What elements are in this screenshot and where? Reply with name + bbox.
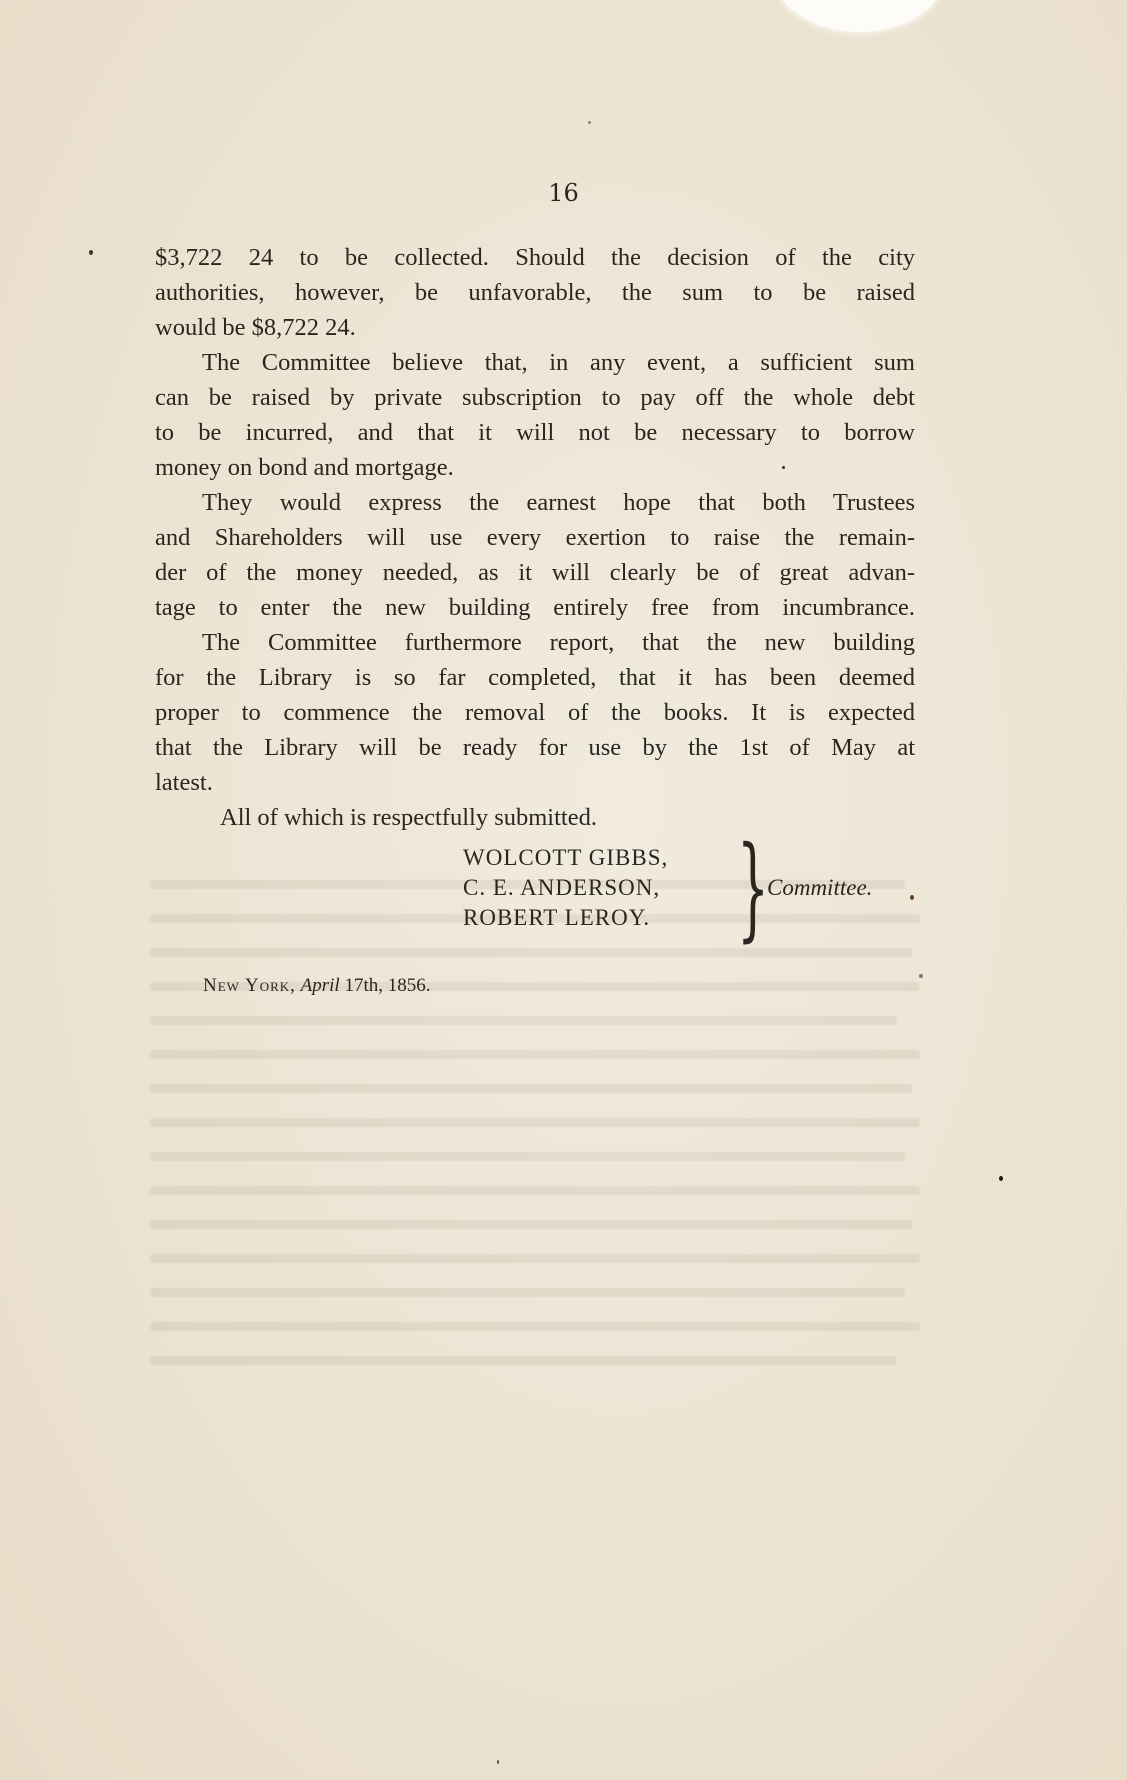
document-page: 16 $3,722 24 to be collected. Should the… — [0, 0, 1127, 1780]
paper-speck — [89, 250, 93, 255]
paper-speck — [588, 121, 591, 124]
body-text: $3,722 24 to be collected. Should the de… — [155, 240, 915, 835]
text-line: $3,722 24 to be collected. Should the de… — [155, 240, 915, 275]
paragraph: The Committee believe that, in any event… — [155, 345, 915, 485]
text-line: to be incurred, and that it will not be … — [155, 415, 915, 450]
paragraph: The Committee furthermore report, that t… — [155, 625, 915, 800]
signatory-name: WOLCOTT GIBBS, — [463, 843, 668, 873]
signatory-name: ROBERT LEROY. — [463, 903, 668, 933]
paper-speck — [910, 895, 914, 900]
text-line: latest. — [155, 765, 915, 800]
text-line: All of which is respectfully submitted. — [155, 800, 915, 835]
committee-label: Committee. — [767, 875, 872, 901]
text-line: that the Library will be ready for use b… — [155, 730, 915, 765]
text-line: proper to commence the removal of the bo… — [155, 695, 915, 730]
paper-speck — [497, 1760, 499, 1764]
text-line: der of the money needed, as it will clea… — [155, 555, 915, 590]
signature-block: WOLCOTT GIBBS, C. E. ANDERSON, ROBERT LE… — [463, 843, 668, 933]
paragraph: $3,722 24 to be collected. Should the de… — [155, 240, 915, 345]
text-line: and Shareholders will use every exertion… — [155, 520, 915, 555]
text-line: for the Library is so far completed, tha… — [155, 660, 915, 695]
date-place: New York, — [203, 975, 296, 996]
date-line: New York, April 17th, 1856. — [203, 974, 431, 998]
page-number: 16 — [0, 180, 1127, 206]
text-line: The Committee furthermore report, that t… — [155, 625, 915, 660]
text-line: would be $8,722 24. — [155, 310, 915, 345]
paragraph: They would express the earnest hope that… — [155, 485, 915, 625]
text-line: The Committee believe that, in any event… — [155, 345, 915, 380]
closing-paragraph: All of which is respectfully submitted. — [155, 800, 915, 835]
paper-tear-mark — [772, 0, 947, 32]
paper-speck — [919, 974, 923, 978]
curly-brace-icon: } — [737, 838, 769, 938]
text-line: They would express the earnest hope that… — [155, 485, 915, 520]
date-month: April — [301, 975, 340, 996]
paper-speck — [999, 1176, 1003, 1181]
reverse-side-bleed-through — [150, 880, 920, 1390]
text-line: can be raised by private subscription to… — [155, 380, 915, 415]
signatory-name: C. E. ANDERSON, — [463, 873, 668, 903]
date-day-year: 17th, 1856. — [344, 975, 430, 996]
text-line: tage to enter the new building entirely … — [155, 590, 915, 625]
text-line: authorities, however, be unfavorable, th… — [155, 275, 915, 310]
text-line: money on bond and mortgage. — [155, 450, 915, 485]
